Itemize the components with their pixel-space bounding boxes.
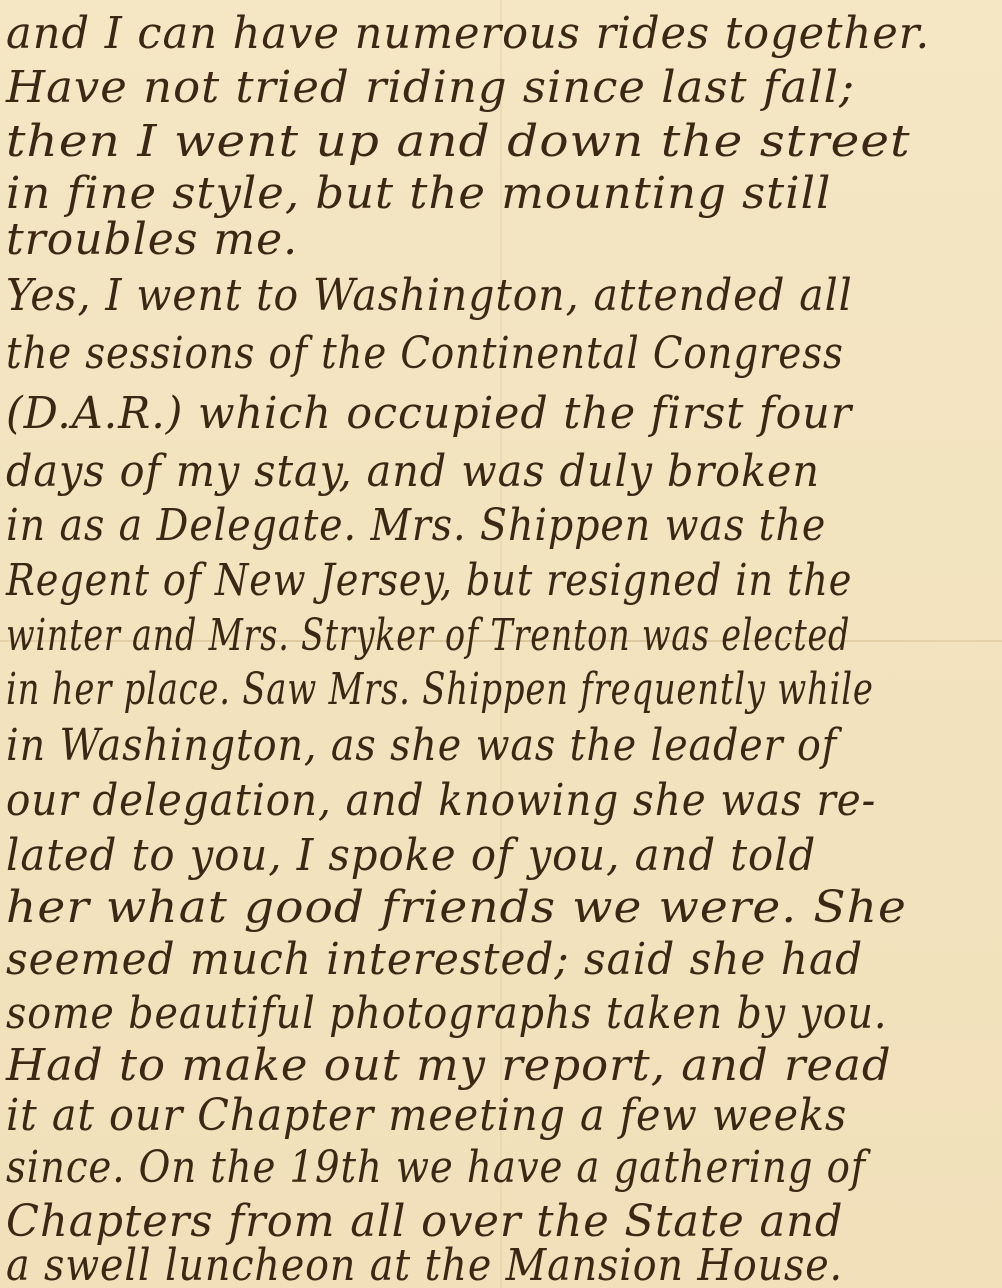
letter-line: since. On the 19th we have a gathering o… bbox=[6, 1142, 866, 1193]
letter-page: and I can have numerous rides together. … bbox=[0, 0, 1002, 1288]
letter-line: the sessions of the Continental Congress bbox=[6, 328, 844, 379]
letter-line: in her place. Saw Mrs. Shippen frequentl… bbox=[6, 664, 874, 715]
letter-line: Have not tried riding since last fall; bbox=[6, 62, 855, 113]
letter-line: Regent of New Jersey, but resigned in th… bbox=[6, 555, 852, 606]
letter-line: (D.A.R.) which occupied the first four bbox=[6, 388, 852, 439]
letter-line: troubles me. bbox=[6, 214, 298, 265]
letter-line: Yes, I went to Washington, attended all bbox=[6, 270, 853, 321]
letter-line: winter and Mrs. Stryker of Trenton was e… bbox=[6, 610, 850, 661]
letter-line: seemed much interested; said she had bbox=[6, 934, 863, 985]
letter-line: her what good friends we were. She bbox=[6, 882, 907, 933]
letter-line: Had to make out my report, and read bbox=[6, 1040, 892, 1091]
letter-line: then I went up and down the street bbox=[6, 116, 911, 167]
letter-line: it at our Chapter meeting a few weeks bbox=[6, 1090, 847, 1141]
letter-line: lated to you, I spoke of you, and told bbox=[6, 830, 816, 881]
letter-line: in Washington, as she was the leader of bbox=[6, 720, 837, 771]
letter-line: in as a Delegate. Mrs. Shippen was the bbox=[6, 500, 826, 551]
letter-line: some beautiful photographs taken by you. bbox=[6, 988, 887, 1039]
letter-line: days of my stay, and was duly broken bbox=[6, 446, 820, 497]
letter-line: in fine style, but the mounting still bbox=[6, 168, 831, 219]
letter-line: and I can have numerous rides together. bbox=[6, 8, 930, 59]
letter-line: our delegation, and knowing she was re- bbox=[6, 775, 876, 826]
letter-line: a swell luncheon at the Mansion House. bbox=[6, 1240, 843, 1288]
